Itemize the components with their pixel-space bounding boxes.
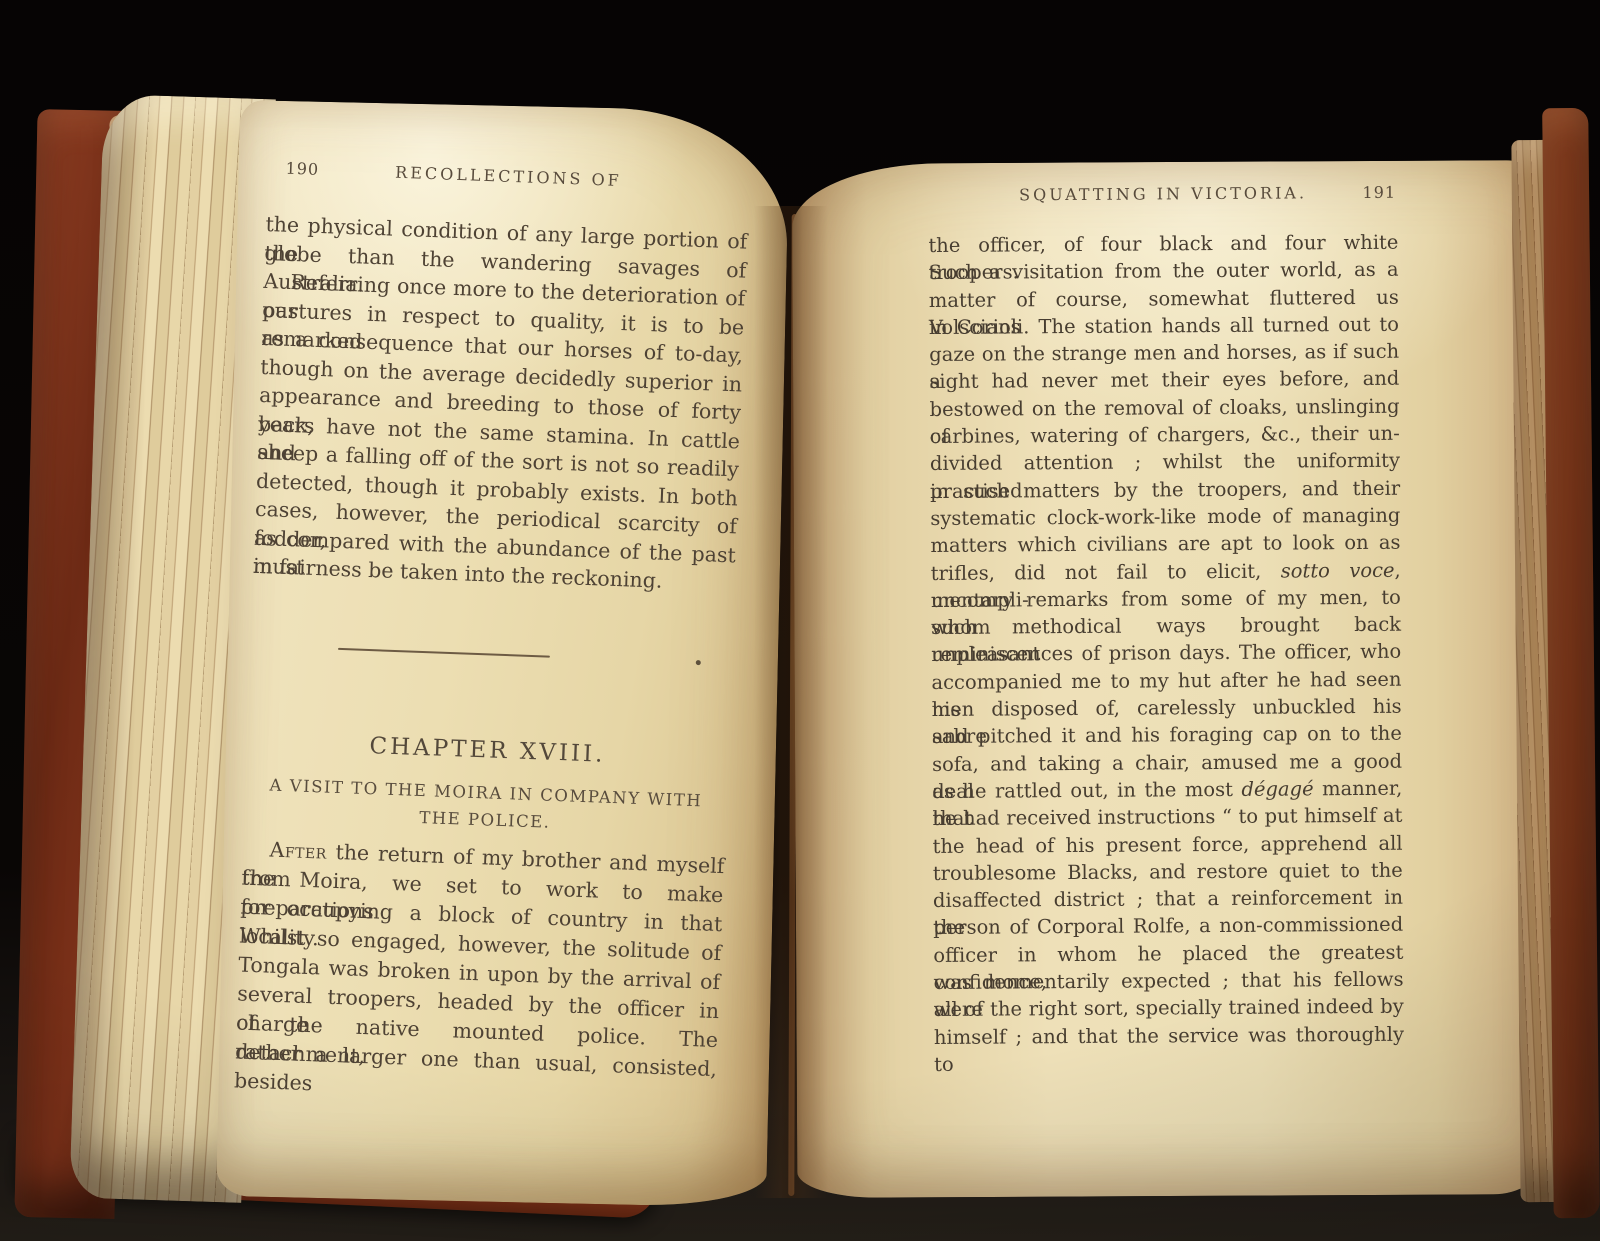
book-photo: 190 RECOLLECTIONS OF the physical condit… [0, 0, 1600, 1241]
text-line: and pitched it and his foraging cap on t… [932, 720, 1402, 751]
text-line: the head of his present force, apprehend… [933, 829, 1403, 860]
text-line: troublesome Blacks, and restore quiet to… [933, 857, 1403, 888]
text-line: was momentarily expected ; that his fell… [933, 966, 1403, 997]
text-line: in such matters by the troopers, and the… [930, 474, 1400, 505]
text-line: carbines, watering of chargers, &c., the… [930, 420, 1400, 451]
text-line: divided attention ; whilst the uniformit… [930, 447, 1400, 478]
text-line: systematic clock-work-like mode of manag… [930, 502, 1400, 533]
text-line: gaze on the strange men and horses, as i… [929, 338, 1399, 369]
text-line: trifles, did not fail to elicit, sotto v… [931, 556, 1401, 587]
italic-phrase-sotto-voce: sotto voce [1281, 558, 1395, 582]
text-line: Such a visitation from the outer world, … [929, 256, 1399, 287]
text-line: the officer, of four black and four whit… [928, 229, 1398, 260]
italic-phrase-degage: dégagé [1241, 777, 1313, 801]
chapter-title: CHAPTER XVIII. [246, 726, 729, 774]
text-line: disaffected district ; that a reinforcem… [933, 884, 1403, 915]
line-segment: trifles, did not fail to elicit, [931, 559, 1281, 584]
right-page-text: SQUATTING IN VICTORIA. 191 the officer, … [928, 183, 1404, 1051]
text-line: officer in whom he placed the greatest c… [933, 938, 1403, 969]
text-line: person of Corporal Rolfe, a non-commissi… [933, 911, 1403, 942]
page-number-190: 190 [285, 159, 319, 179]
text-line: matter of course, somewhat fluttered us … [929, 283, 1399, 314]
text-line: accompanied me to my hut after he had se… [931, 665, 1401, 696]
text-line: in Corioli. The station hands all turned… [929, 311, 1399, 342]
opening-word: After [269, 837, 327, 863]
ink-speck [696, 660, 701, 665]
text-line: bestowed on the removal of cloaks, unsli… [929, 392, 1399, 423]
text-line: all of the right sort, specially trained… [934, 993, 1404, 1024]
text-line: matters which civilians are apt to look … [930, 529, 1400, 560]
left-page-text: 190 RECOLLECTIONS OF the physical condit… [235, 158, 750, 1084]
text-line: such methodical ways brought back unplea… [931, 611, 1401, 642]
chapter-opening-paragraph: After the return of my brother and mysel… [235, 834, 725, 1084]
text-line: mentary remarks from some of my men, to … [931, 584, 1401, 615]
section-divider-rule [338, 647, 550, 657]
text-line: sight had never met their eyes before, a… [929, 365, 1399, 396]
text-line: himself ; and that the service was thoro… [934, 1020, 1404, 1051]
line-segment: as he rattled out, in the most [932, 778, 1241, 803]
text-line: as he rattled out, in the most dégagé ma… [932, 775, 1402, 806]
right-body: the officer, of four black and four whit… [928, 229, 1404, 1051]
text-line: reminiscences of prison days. The office… [931, 638, 1401, 669]
text-line: men disposed of, carelessly unbuckled hi… [932, 693, 1402, 724]
running-header-right: SQUATTING IN VICTORIA. [1019, 183, 1307, 204]
text-line: he had received instructions “ to put hi… [932, 802, 1402, 833]
page-number-191: 191 [1362, 183, 1396, 202]
right-page-header: SQUATTING IN VICTORIA. 191 [928, 183, 1398, 212]
left-body: the physical condition of any large port… [253, 210, 748, 598]
text-line: sofa, and taking a chair, amused me a go… [932, 747, 1402, 778]
